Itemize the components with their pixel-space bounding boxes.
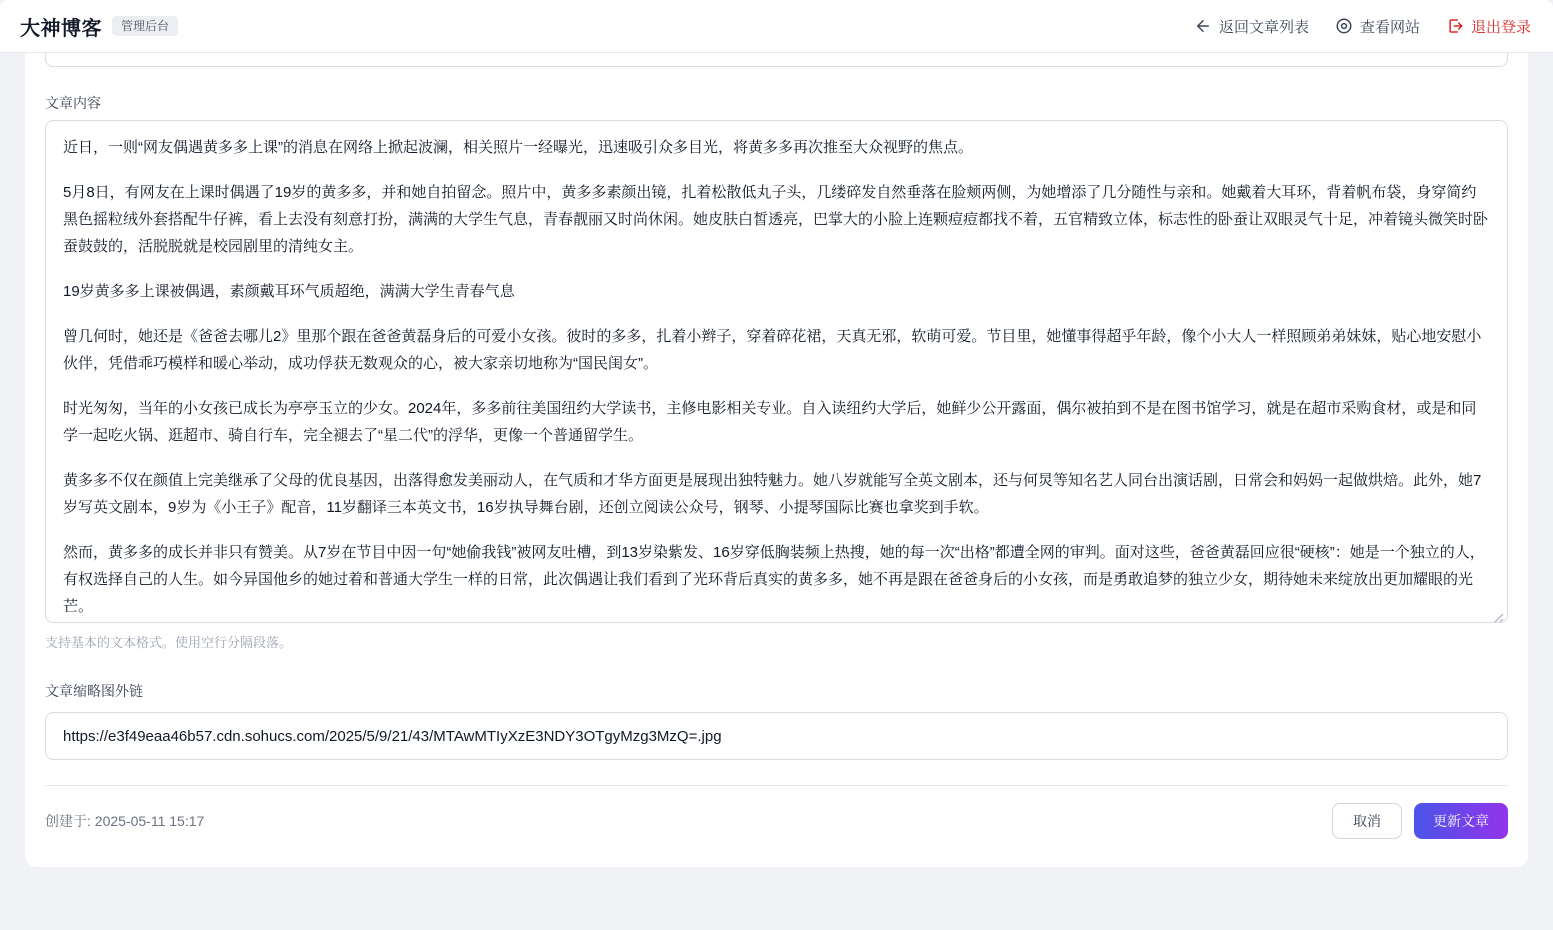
cancel-button[interactable]: 取消 xyxy=(1332,803,1402,839)
admin-badge: 管理后台 xyxy=(112,16,178,36)
article-content-label: 文章内容 xyxy=(45,95,1508,112)
view-site-link[interactable]: 查看网站 xyxy=(1335,16,1420,37)
update-article-button[interactable]: 更新文章 xyxy=(1414,803,1508,839)
content-paragraph: 19岁黄多多上课被偶遇，素颜戴耳环气质超绝，满满大学生青春气息 xyxy=(63,278,1490,305)
thumbnail-url-label: 文章缩略图外链 xyxy=(45,683,1508,700)
card-footer: 创建于: 2025-05-11 15:17 取消 更新文章 xyxy=(45,785,1508,839)
content-format-hint: 支持基本的文本格式。使用空行分隔段落。 xyxy=(45,632,1508,651)
logout-label: 退出登录 xyxy=(1471,16,1531,37)
eye-icon xyxy=(1335,17,1353,35)
content-paragraph: 近日，一则“网友偶遇黄多多上课”的消息在网络上掀起波澜，相关照片一经曝光，迅速吸… xyxy=(63,134,1490,161)
footer-actions: 取消 更新文章 xyxy=(1332,803,1508,839)
back-to-articles-link[interactable]: 返回文章列表 xyxy=(1194,16,1309,37)
thumbnail-url-input[interactable] xyxy=(45,712,1508,760)
created-at-text: 创建于: 2025-05-11 15:17 xyxy=(45,811,204,831)
resize-handle-icon[interactable] xyxy=(1492,607,1504,619)
header-brand-group: 大神博客 管理后台 xyxy=(20,12,178,41)
content-paragraph: 时光匆匆，当年的小女孩已成长为亭亭玉立的少女。2024年，多多前往美国纽约大学读… xyxy=(63,395,1490,449)
content-paragraph: 黄多多不仅在颜值上完美继承了父母的优良基因，出落得愈发美丽动人，在气质和才华方面… xyxy=(63,467,1490,521)
site-title: 大神博客 xyxy=(20,12,102,41)
back-to-articles-label: 返回文章列表 xyxy=(1219,16,1309,37)
logout-link[interactable]: 退出登录 xyxy=(1446,16,1531,37)
content-paragraph: 曾几何时，她还是《爸爸去哪儿2》里那个跟在爸爸黄磊身后的可爱小女孩。彼时的多多，… xyxy=(63,323,1490,377)
top-header: 大神博客 管理后台 返回文章列表 查看网站 退出登录 xyxy=(0,0,1553,53)
view-site-label: 查看网站 xyxy=(1360,16,1420,37)
arrow-left-icon xyxy=(1194,17,1212,35)
logout-icon xyxy=(1446,17,1464,35)
content-paragraph: 然而，黄多多的成长并非只有赞美。从7岁在节目中因一句“她偷我钱”被网友吐槽，到1… xyxy=(63,539,1490,620)
content-paragraph: 5月8日，有网友在上课时偶遇了19岁的黄多多，并和她自拍留念。照片中，黄多多素颜… xyxy=(63,179,1490,260)
header-nav: 返回文章列表 查看网站 退出登录 xyxy=(1194,16,1531,37)
admin-page: 大神博客 管理后台 返回文章列表 查看网站 退出登录 xyxy=(0,0,1553,930)
article-edit-card: 文章标题 文章内容 近日，一则“网友偶遇黄多多上课”的消息在网络上掀起波澜，相关… xyxy=(25,0,1528,867)
article-content-textarea[interactable]: 近日，一则“网友偶遇黄多多上课”的消息在网络上掀起波澜，相关照片一经曝光，迅速吸… xyxy=(45,120,1508,623)
